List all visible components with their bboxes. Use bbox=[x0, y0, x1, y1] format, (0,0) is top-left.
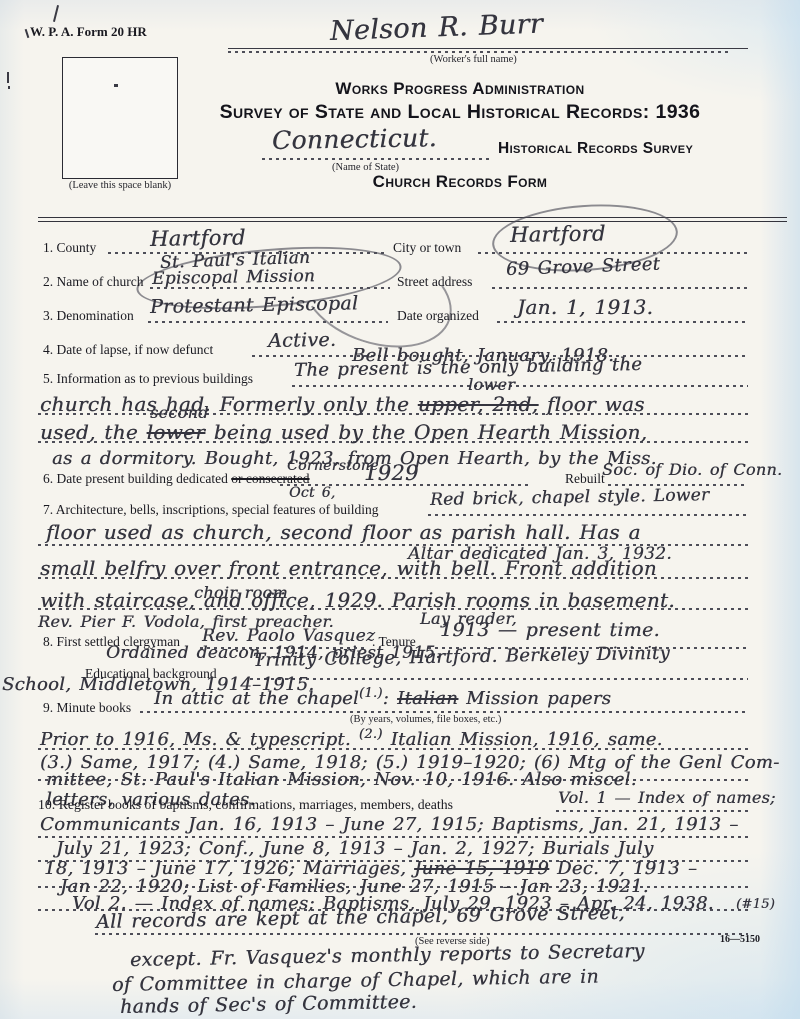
q7-line-a bbox=[428, 514, 748, 516]
q1-county-label: 1. County bbox=[43, 240, 96, 256]
worker-name-caption: (Worker's full name) bbox=[430, 54, 517, 65]
q5-insert-lower: lower bbox=[468, 375, 515, 394]
q5-line3-struck-text: lower bbox=[147, 420, 205, 444]
q2-street-label: Street address bbox=[397, 274, 472, 290]
q9-value-line4: mittee, St. Paul's Italian Mission, Nov.… bbox=[46, 769, 637, 790]
q9-marker-1: (1.) bbox=[359, 686, 383, 701]
q1-county-value: Hartford bbox=[150, 225, 246, 251]
q9-line1-tail: Mission papers bbox=[458, 688, 611, 709]
q5-line2-struck-text: upper, 2nd, bbox=[418, 392, 538, 416]
q2-street-value: 69 Grove Street bbox=[506, 254, 661, 280]
q6-year-value: 1929 bbox=[364, 461, 419, 485]
q4-lapse-label: 4. Date of lapse, if now defunct bbox=[43, 342, 213, 358]
q9-instruction-caption: (By years, volumes, file boxes, etc.) bbox=[350, 714, 501, 725]
ink-dot bbox=[8, 86, 10, 89]
q1-city-value: Hartford bbox=[510, 221, 606, 247]
q5-value-line2: church has had. Formerly only the upper,… bbox=[40, 392, 645, 416]
state-name-handwritten: Connecticut. bbox=[272, 123, 437, 155]
q3-denomination-line bbox=[148, 321, 388, 323]
q9-minute-books-label: 9. Minute books bbox=[43, 700, 131, 716]
church-records-form-scan: W. P. A. Form 20 HR Nelson R. Burr (Work… bbox=[0, 0, 800, 1019]
q3-date-label: Date organized bbox=[397, 308, 479, 324]
worker-name-line bbox=[228, 48, 748, 49]
stamp-box-caption: (Leave this space blank) bbox=[50, 180, 190, 191]
form-number: W. P. A. Form 20 HR bbox=[30, 24, 147, 40]
q9-line1-colon: : bbox=[383, 688, 397, 709]
q8-education-line bbox=[250, 678, 748, 680]
print-code: 16—5150 bbox=[720, 934, 760, 945]
q9-value-line2: Prior to 1916, Ms. & typescript. (2.) It… bbox=[40, 729, 663, 750]
ink-mark bbox=[7, 72, 9, 83]
q7-value-line2: floor used as church, second floor as pa… bbox=[46, 520, 641, 544]
q6-oct6-insert: Oct 6, bbox=[289, 485, 336, 501]
q7-value-line3: small belfry over front entrance, with b… bbox=[40, 556, 657, 580]
q2-church-label: 2. Name of church bbox=[43, 274, 143, 290]
q5-buildings-label: 5. Information as to previous buildings bbox=[43, 371, 253, 387]
q5-value-line3: used, the lower being used by the Open H… bbox=[40, 420, 647, 444]
q9-value-line1: In attic at the chapel(1.): Italian Miss… bbox=[154, 688, 611, 709]
q6-label-text: 6. Date present building dedicated bbox=[43, 471, 231, 486]
worker-name-handwritten: Nelson R. Burr bbox=[329, 9, 543, 47]
ink-dot bbox=[114, 84, 118, 87]
q1-city-line bbox=[478, 252, 748, 254]
q10-value-line1: Vol. 1 — Index of names; bbox=[558, 788, 776, 807]
worker-name-dotted-line bbox=[228, 51, 728, 53]
q5-line2-text: church has had. Formerly only the bbox=[40, 392, 418, 416]
q3-date-line bbox=[497, 321, 748, 323]
q10-value-line3: July 21, 1923; Conf., June 8, 1913 – Jan… bbox=[56, 838, 653, 859]
q9-line1-struck-text: Italian bbox=[397, 688, 458, 709]
stamp-box bbox=[62, 57, 178, 179]
state-dotted-line bbox=[262, 158, 490, 160]
q9-line2-text: Prior to 1916, Ms. & typescript. bbox=[40, 729, 359, 750]
survey-title: Survey of State and Local Historical Rec… bbox=[170, 101, 750, 124]
q5-line3-tail: being used by the Open Hearth Mission, bbox=[205, 420, 647, 444]
q10-line-f bbox=[95, 933, 748, 935]
q6-dedicated-label: 6. Date present building dedicated or co… bbox=[43, 471, 310, 487]
survey-name-label: Historical Records Survey bbox=[498, 140, 693, 158]
ink-mark bbox=[25, 29, 30, 38]
q7-architecture-label: 7. Architecture, bells, inscriptions, sp… bbox=[43, 502, 379, 518]
q7-value-line4: with staircase, and office, 1929. Parish… bbox=[40, 588, 675, 612]
q9-line2-tail: Italian Mission, 1916, same. bbox=[383, 729, 663, 750]
q6-rebuilt-value: Soc. of Dio. of Conn. bbox=[602, 460, 782, 479]
q8-tenure-value: 1913 — present time. bbox=[440, 619, 660, 641]
q5-line3-text: used, the bbox=[40, 420, 147, 444]
q3-date-value: Jan. 1, 1913. bbox=[517, 295, 653, 319]
q5-insert-second: second bbox=[150, 403, 209, 422]
q7-value-line1: Red brick, chapel style. Lower bbox=[430, 485, 710, 510]
q1-city-label: City or town bbox=[393, 240, 461, 256]
q9-marker-2: (2.) bbox=[359, 727, 383, 742]
q9-line1-text: In attic at the chapel bbox=[154, 688, 359, 709]
agency-title: Works Progress Administration bbox=[200, 79, 720, 99]
form-title: Church Records Form bbox=[280, 172, 640, 192]
q10-line-a bbox=[556, 810, 748, 812]
q2-church-value-bottom: Episcopal Mission bbox=[152, 266, 315, 289]
q9-line-a bbox=[140, 711, 748, 713]
q10-register-label: 10. Register books of baptisms, confirma… bbox=[38, 797, 453, 813]
q6-rebuilt-label: Rebuilt bbox=[565, 471, 605, 487]
q10-note-15: (#15) bbox=[736, 897, 775, 912]
q10-value-line2: Communicants Jan. 16, 1913 – June 27, 19… bbox=[40, 814, 739, 835]
header-divider bbox=[38, 217, 787, 222]
q5-line-a bbox=[292, 385, 748, 387]
q10-value-line10: hands of Sec's of Committee. bbox=[120, 991, 417, 1018]
q2-street-line bbox=[492, 287, 748, 289]
q3-denomination-value: Protestant Episcopal bbox=[150, 292, 359, 318]
q3-denomination-label: 3. Denomination bbox=[43, 308, 134, 324]
ink-mark bbox=[53, 5, 59, 22]
q5-line2-tail: floor was bbox=[538, 392, 644, 416]
q4-lapse-value: Active. bbox=[268, 329, 337, 352]
